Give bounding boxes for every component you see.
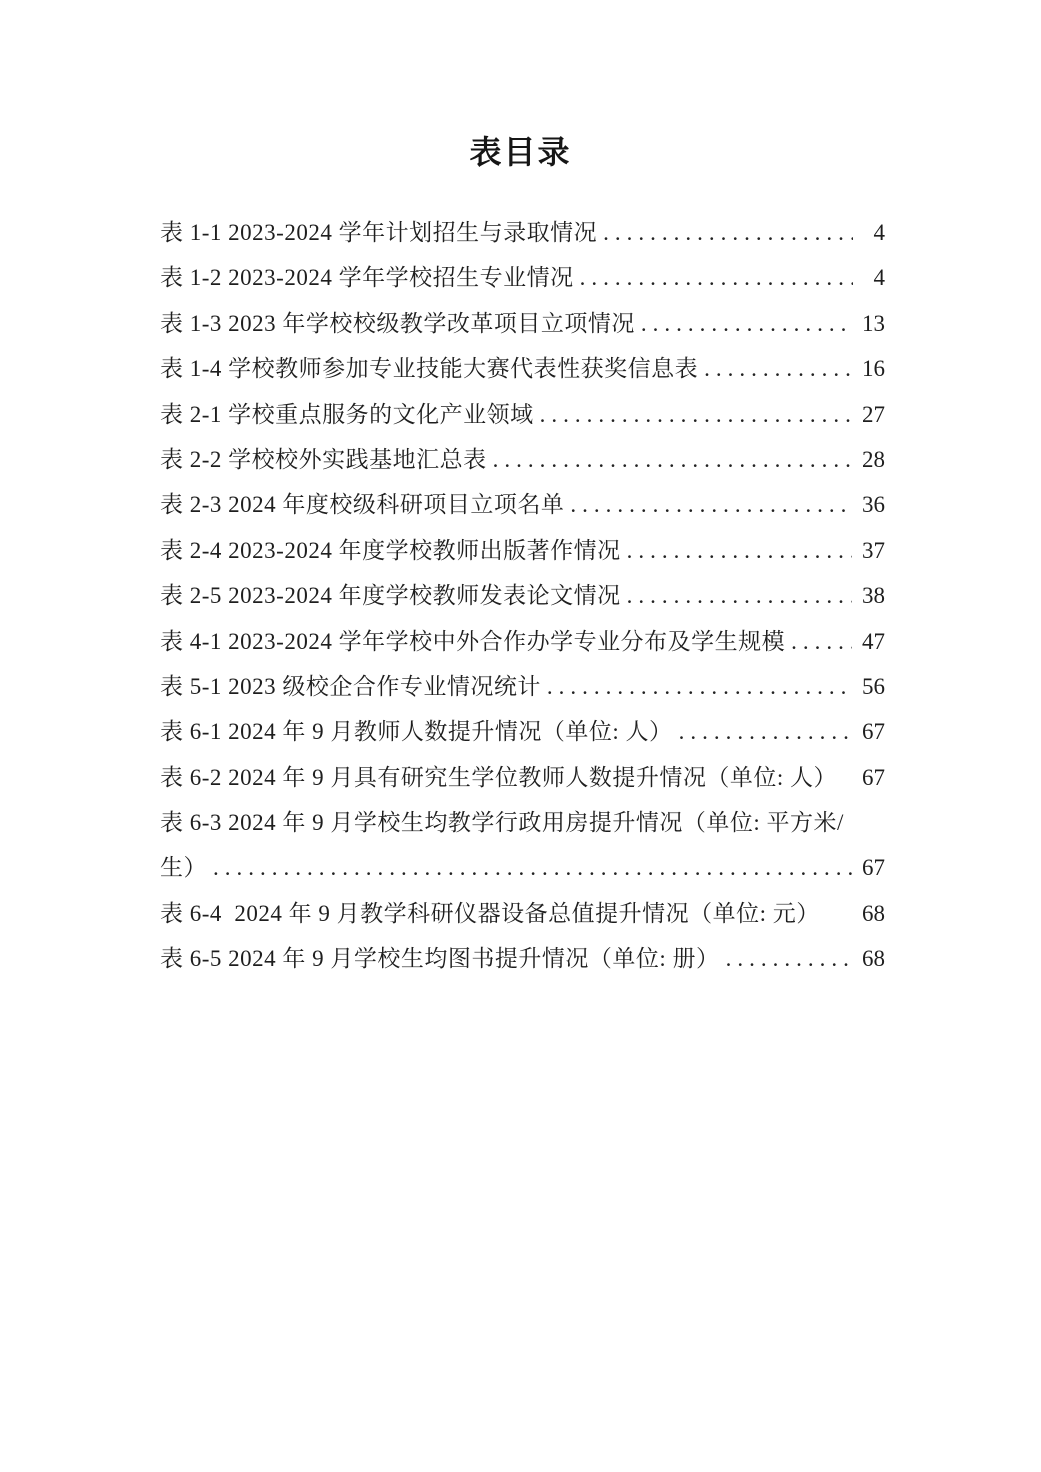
- toc-page-number: 68: [852, 936, 885, 981]
- toc-page-number: 67: [852, 755, 885, 800]
- document-page: 表目录 表 1-1 2023-2024 学年计划招生与录取情况 4 表 1-2 …: [0, 0, 1041, 1472]
- toc-page-number: 47: [852, 619, 885, 664]
- page-title: 表目录: [0, 0, 1041, 176]
- toc-leader-dots: [487, 437, 852, 482]
- toc-page-number: 4: [853, 255, 885, 300]
- toc-entry: 表 6-2 2024 年 9 月具有研究生学位教师人数提升情况（单位: 人） 6…: [160, 755, 885, 800]
- toc-entry: 表 5-1 2023 级校企合作专业情况统计 56: [160, 664, 885, 709]
- toc-entry-text: 表 1-3 2023 年学校校级教学改革项目立项情况: [160, 301, 635, 346]
- toc-entry-text: 表 2-4 2023-2024 年度学校教师出版著作情况: [160, 528, 621, 573]
- toc-entry: 生） 67: [160, 845, 885, 890]
- toc-entry-text: 表 1-2 2023-2024 学年学校招生专业情况: [160, 255, 574, 300]
- toc-page-number: 27: [852, 392, 885, 437]
- toc-page-number: 4: [853, 210, 885, 255]
- toc-leader-dots: [541, 664, 852, 709]
- toc-leader-dots: [785, 619, 852, 664]
- toc-entry-text: 表 6-1 2024 年 9 月教师人数提升情况（单位: 人）: [160, 709, 673, 754]
- toc-page-number: 36: [852, 482, 885, 527]
- toc-entry-text: 表 1-4 学校教师参加专业技能大赛代表性获奖信息表: [160, 346, 698, 391]
- toc-entry-text: 表 5-1 2023 级校企合作专业情况统计: [160, 664, 541, 709]
- toc-leader-dots: [698, 346, 852, 391]
- toc-page-number: 37: [852, 528, 885, 573]
- toc-page-number: 56: [852, 664, 885, 709]
- toc-page-number: 38: [852, 573, 885, 618]
- toc-leader-dots: [207, 845, 852, 890]
- toc-entry: 表 4-1 2023-2024 学年学校中外合作办学专业分布及学生规模 47: [160, 619, 885, 664]
- toc-entry-text: 表 6-4 2024 年 9 月教学科研仪器设备总值提升情况（单位: 元）: [160, 891, 820, 936]
- toc-page-number: 13: [852, 301, 885, 346]
- toc-entry: 表 1-2 2023-2024 学年学校招生专业情况 4: [160, 255, 885, 300]
- toc-entry: 表 1-1 2023-2024 学年计划招生与录取情况 4: [160, 210, 885, 255]
- toc-entry-text: 表 6-3 2024 年 9 月学校生均教学行政用房提升情况（单位: 平方米/: [160, 800, 844, 845]
- toc-entry-text: 表 4-1 2023-2024 学年学校中外合作办学专业分布及学生规模: [160, 619, 785, 664]
- toc-entry: 表 2-1 学校重点服务的文化产业领域 27: [160, 392, 885, 437]
- toc-leader-dots: [720, 936, 852, 981]
- toc-entry: 表 2-3 2024 年度校级科研项目立项名单 36: [160, 482, 885, 527]
- toc-leader-dots: [621, 573, 852, 618]
- toc-leader-dots: [564, 482, 852, 527]
- toc-entry: 表 2-4 2023-2024 年度学校教师出版著作情况 37: [160, 528, 885, 573]
- toc-entry-text: 表 6-2 2024 年 9 月具有研究生学位教师人数提升情况（单位: 人）: [160, 755, 837, 800]
- toc-page-number: 67: [852, 709, 885, 754]
- toc-entry-text: 表 1-1 2023-2024 学年计划招生与录取情况: [160, 210, 597, 255]
- toc-entry: 表 6-5 2024 年 9 月学校生均图书提升情况（单位: 册） 68: [160, 936, 885, 981]
- toc-leader-dots: [635, 301, 852, 346]
- toc-entry-text: 表 2-1 学校重点服务的文化产业领域: [160, 392, 534, 437]
- toc-leader-dots: [574, 255, 853, 300]
- toc-leader-dots: [673, 709, 852, 754]
- toc-leader-dots: [597, 210, 853, 255]
- toc-entry-text: 表 2-2 学校校外实践基地汇总表: [160, 437, 487, 482]
- toc-page-number: 28: [852, 437, 885, 482]
- toc-page-number: 68: [852, 891, 885, 936]
- toc-entry: 表 6-1 2024 年 9 月教师人数提升情况（单位: 人） 67: [160, 709, 885, 754]
- toc-entry-text: 表 2-5 2023-2024 年度学校教师发表论文情况: [160, 573, 621, 618]
- toc-list: 表 1-1 2023-2024 学年计划招生与录取情况 4 表 1-2 2023…: [160, 210, 885, 982]
- toc-entry: 表 1-3 2023 年学校校级教学改革项目立项情况 13: [160, 301, 885, 346]
- toc-leader-dots: [534, 392, 852, 437]
- toc-leader-dots: [621, 528, 852, 573]
- toc-entry: 表 6-3 2024 年 9 月学校生均教学行政用房提升情况（单位: 平方米/: [160, 800, 885, 845]
- toc-entry: 表 1-4 学校教师参加专业技能大赛代表性获奖信息表 16: [160, 346, 885, 391]
- toc-entry: 表 6-4 2024 年 9 月教学科研仪器设备总值提升情况（单位: 元） 68: [160, 891, 885, 936]
- toc-entry-text: 生）: [160, 845, 207, 890]
- toc-page-number: 67: [852, 845, 885, 890]
- toc-entry-text: 表 2-3 2024 年度校级科研项目立项名单: [160, 482, 564, 527]
- toc-entry: 表 2-5 2023-2024 年度学校教师发表论文情况 38: [160, 573, 885, 618]
- toc-entry: 表 2-2 学校校外实践基地汇总表 28: [160, 437, 885, 482]
- toc-page-number: 16: [852, 346, 885, 391]
- toc-entry-text: 表 6-5 2024 年 9 月学校生均图书提升情况（单位: 册）: [160, 936, 720, 981]
